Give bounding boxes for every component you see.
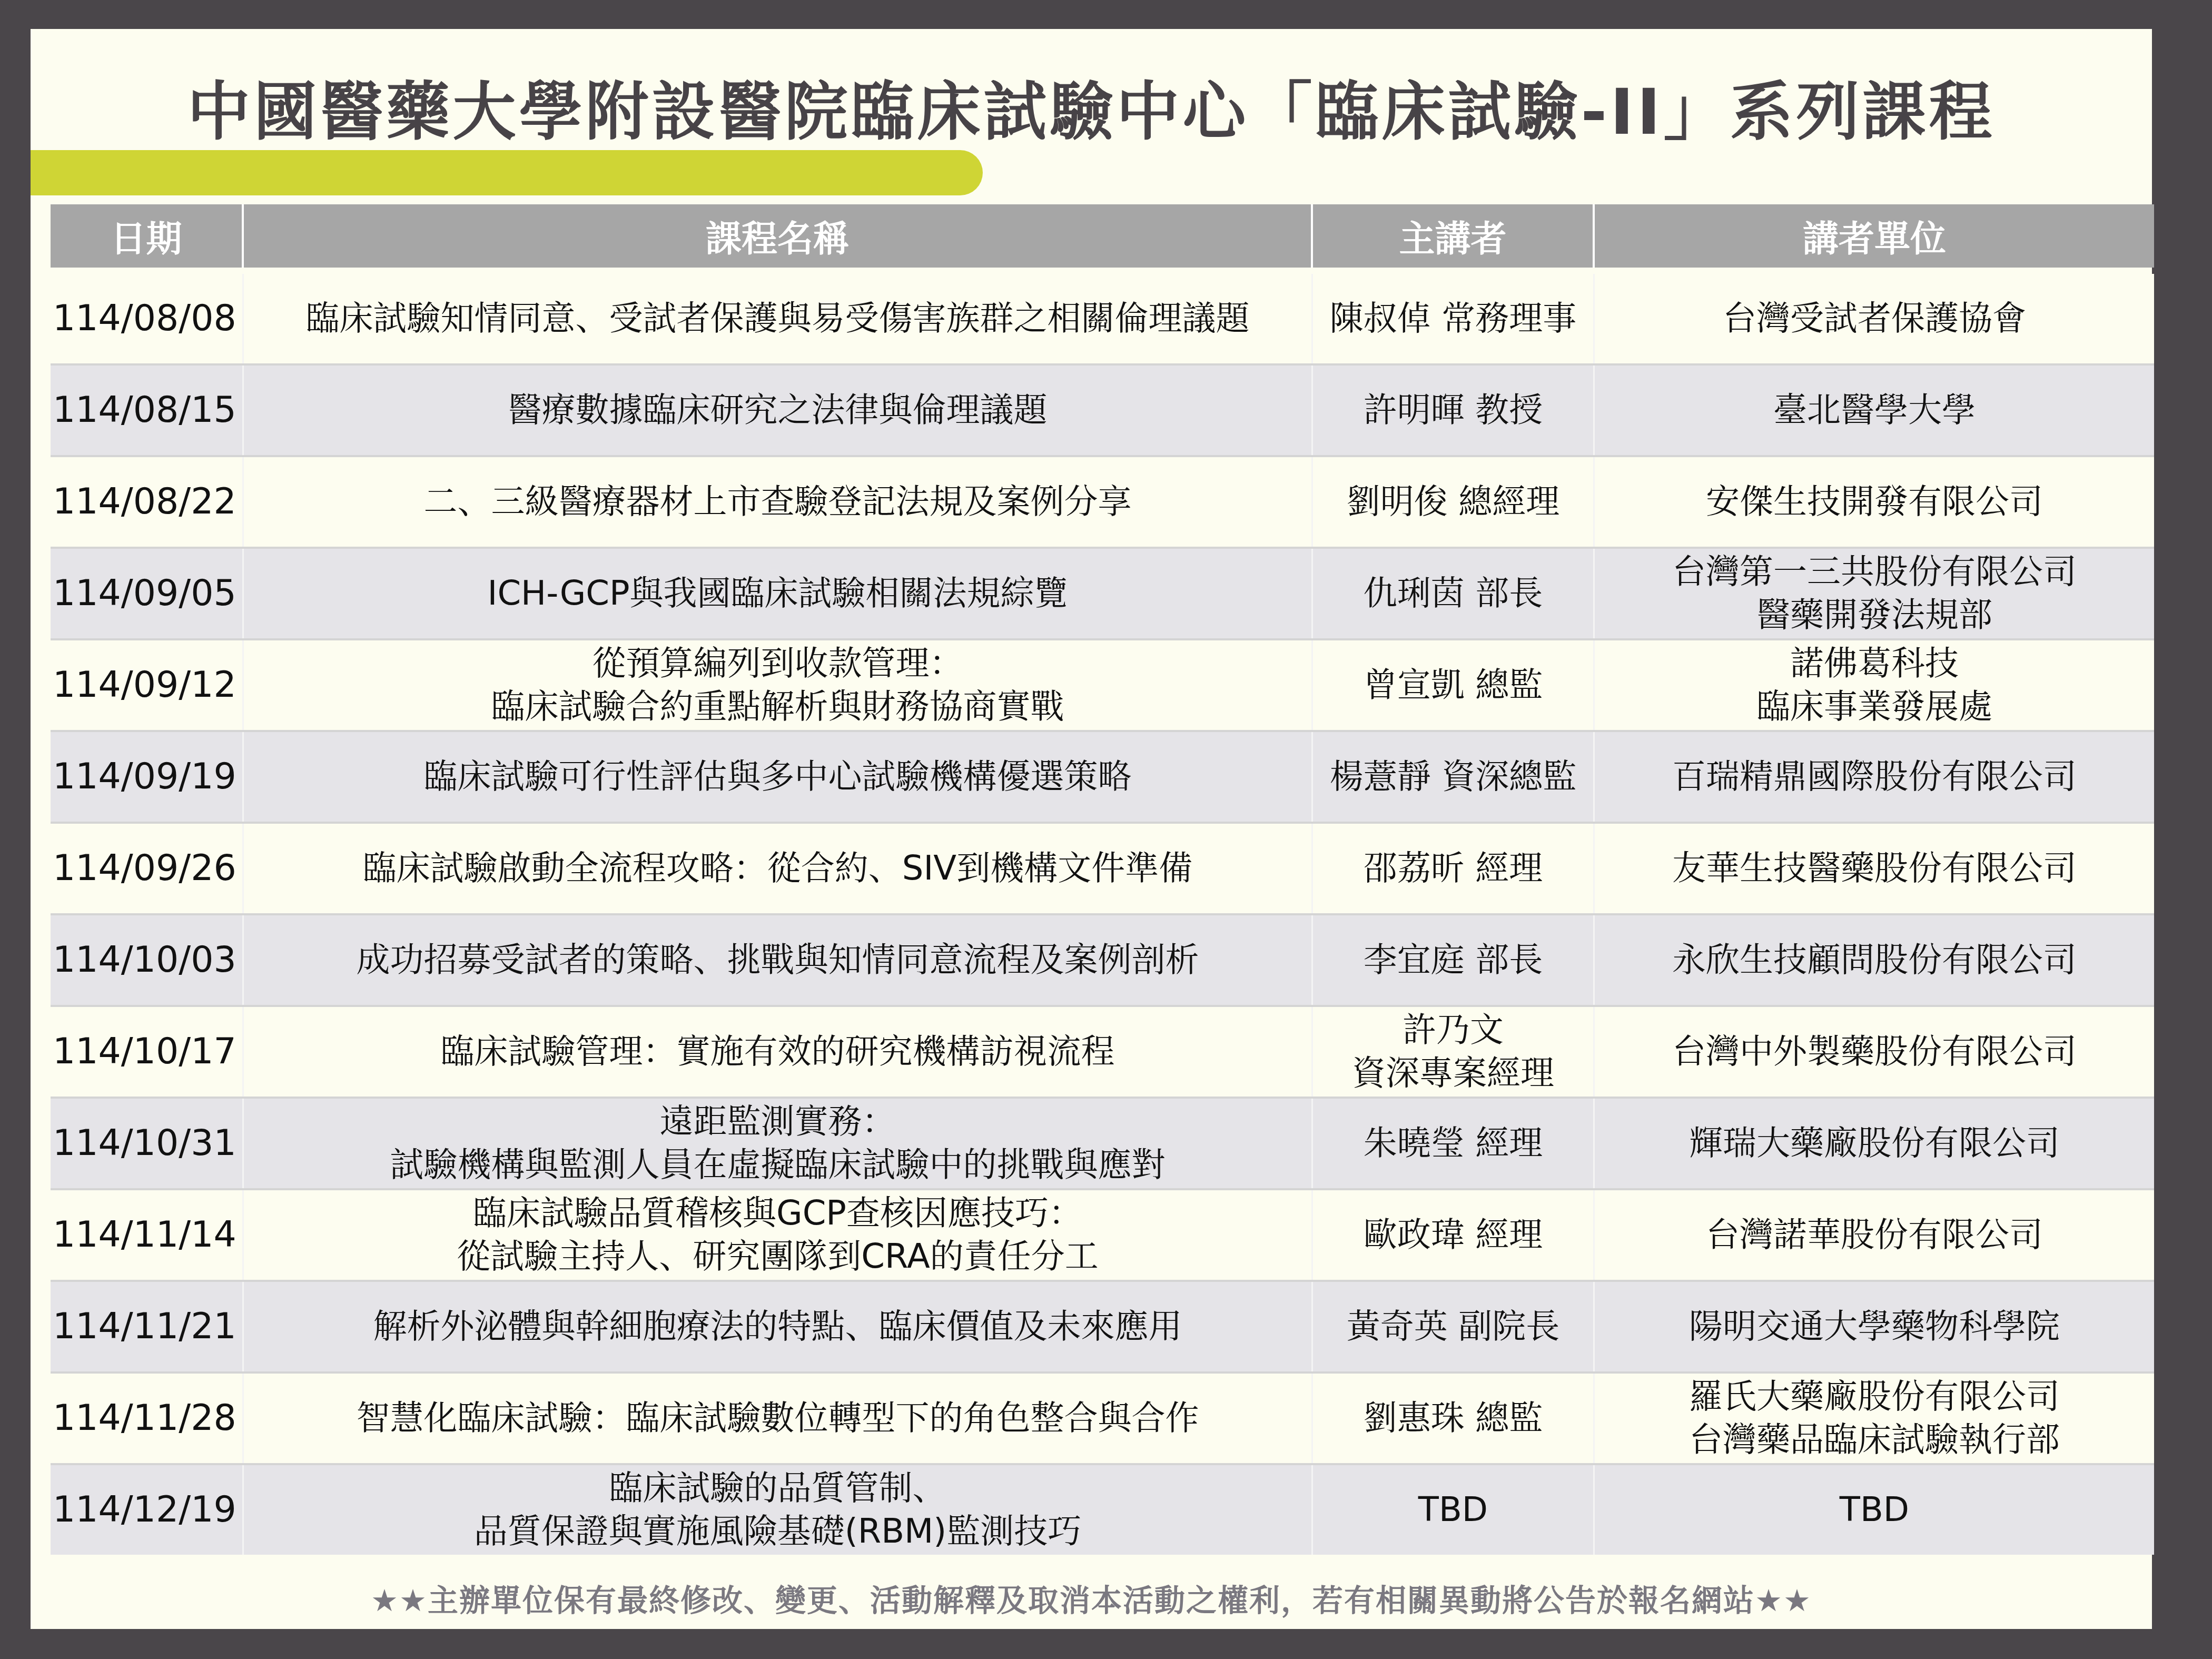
- cell-speaker-line: 許明暉 教授: [1364, 389, 1543, 432]
- cell-speaker: 歐政瑋 經理: [1313, 1190, 1595, 1280]
- cell-unit: 輝瑞大藥廠股份有限公司: [1595, 1099, 2154, 1188]
- cell-unit: 諾佛葛科技臨床事業發展處: [1595, 640, 2154, 730]
- table-row: 114/11/28智慧化臨床試驗：臨床試驗數位轉型下的角色整合與合作劉惠珠 總監…: [51, 1371, 2154, 1463]
- cell-course-line: 遠距監測實務：: [660, 1100, 896, 1143]
- table-row: 114/12/19臨床試驗的品質管制、品質保證與實施風險基礎(RBM)監測技巧T…: [51, 1463, 2154, 1555]
- cell-speaker: 劉明俊 總經理: [1313, 457, 1595, 547]
- table-row: 114/11/14臨床試驗品質稽核與GCP查核因應技巧：從試驗主持人、研究團隊到…: [51, 1188, 2154, 1280]
- cell-speaker-line: TBD: [1418, 1488, 1488, 1532]
- cell-course: 解析外泌體與幹細胞療法的特點、臨床價值及未來應用: [244, 1282, 1313, 1371]
- cell-unit-line: 台灣受試者保護協會: [1723, 297, 2026, 340]
- cell-unit-line: 羅氏大藥廠股份有限公司: [1689, 1375, 2060, 1418]
- cell-course-line: 臨床試驗知情同意、受試者保護與易受傷害族群之相關倫理議題: [306, 297, 1250, 340]
- table-body: 114/08/08臨床試驗知情同意、受試者保護與易受傷害族群之相關倫理議題陳叔倬…: [51, 274, 2154, 1555]
- cell-unit: 台灣中外製藥股份有限公司: [1595, 1007, 2154, 1097]
- cell-course: 醫療數據臨床研究之法律與倫理議題: [244, 366, 1313, 455]
- table-row: 114/08/22二、三級醫療器材上市查驗登記法規及案例分享劉明俊 總經理安傑生…: [51, 455, 2154, 547]
- cell-unit-line: 台灣藥品臨床試驗執行部: [1689, 1418, 2060, 1461]
- cell-unit: 永欣生技顧問股份有限公司: [1595, 915, 2154, 1005]
- cell-unit-line: 安傑生技開發有限公司: [1706, 480, 2043, 524]
- cell-date: 114/08/08: [51, 274, 244, 363]
- course-schedule-table: 日期 課程名稱 主講者 講者單位 114/08/08臨床試驗知情同意、受試者保護…: [51, 204, 2154, 1555]
- header-course: 課程名稱: [244, 204, 1313, 268]
- cell-course-line: 解析外泌體與幹細胞療法的特點、臨床價值及未來應用: [373, 1305, 1182, 1348]
- cell-speaker-line: 歐政瑋 經理: [1364, 1213, 1543, 1257]
- cell-unit-line: 陽明交通大學藥物科學院: [1689, 1305, 2060, 1348]
- cell-unit-line: 台灣諾華股份有限公司: [1706, 1213, 2043, 1257]
- cell-speaker: 李宜庭 部長: [1313, 915, 1595, 1005]
- cell-course-line: 智慧化臨床試驗：臨床試驗數位轉型下的角色整合與合作: [357, 1397, 1199, 1440]
- cell-course-line: 二、三級醫療器材上市查驗登記法規及案例分享: [424, 480, 1132, 524]
- cell-unit-line: 台灣第一三共股份有限公司: [1672, 550, 2077, 594]
- cell-date: 114/12/19: [51, 1465, 244, 1555]
- cell-unit: 安傑生技開發有限公司: [1595, 457, 2154, 547]
- cell-speaker: 黃奇英 副院長: [1313, 1282, 1595, 1371]
- cell-speaker: 仇琍茵 部長: [1313, 549, 1595, 638]
- cell-unit: 台灣諾華股份有限公司: [1595, 1190, 2154, 1280]
- cell-unit: TBD: [1595, 1465, 2154, 1555]
- cell-course-line: 從試驗主持人、研究團隊到CRA的責任分工: [457, 1235, 1098, 1278]
- poster-panel: 中國醫藥大學附設醫院臨床試驗中心「臨床試驗-II」系列課程 日期 課程名稱 主講…: [31, 29, 2152, 1629]
- cell-course: 智慧化臨床試驗：臨床試驗數位轉型下的角色整合與合作: [244, 1374, 1313, 1463]
- cell-speaker: 邵荔昕 經理: [1313, 824, 1595, 913]
- cell-speaker-line: 曾宣凱 總監: [1364, 664, 1543, 707]
- cell-unit-line: 臨床事業發展處: [1756, 685, 1992, 728]
- cell-speaker-line: 黃奇英 副院長: [1347, 1305, 1559, 1348]
- cell-course-line: 臨床試驗的品質管制、: [609, 1467, 946, 1510]
- cell-speaker: TBD: [1313, 1465, 1595, 1555]
- cell-speaker: 陳叔倬 常務理事: [1313, 274, 1595, 363]
- cell-course-line: 臨床試驗啟動全流程攻略：從合約、SIV到機構文件準備: [363, 847, 1192, 890]
- cell-unit-line: 輝瑞大藥廠股份有限公司: [1689, 1122, 2060, 1165]
- cell-course-line: 臨床試驗管理：實施有效的研究機構訪視流程: [441, 1030, 1115, 1073]
- cell-course: 遠距監測實務：試驗機構與監測人員在虛擬臨床試驗中的挑戰與應對: [244, 1099, 1313, 1188]
- cell-date: 114/08/22: [51, 457, 244, 547]
- table-row: 114/10/03成功招募受試者的策略、挑戰與知情同意流程及案例剖析李宜庭 部長…: [51, 913, 2154, 1005]
- cell-unit-line: 台灣中外製藥股份有限公司: [1672, 1030, 2077, 1073]
- cell-speaker-line: 資深專案經理: [1352, 1052, 1554, 1095]
- cell-unit-line: TBD: [1840, 1488, 1909, 1532]
- cell-speaker-line: 楊薏靜 資深總監: [1330, 755, 1576, 798]
- cell-course: ICH-GCP與我國臨床試驗相關法規綜覽: [244, 549, 1313, 638]
- table-header: 日期 課程名稱 主講者 講者單位: [51, 204, 2154, 268]
- cell-course: 成功招募受試者的策略、挑戰與知情同意流程及案例剖析: [244, 915, 1313, 1005]
- footer-notice: ★★主辦單位保有最終修改、變更、活動解釋及取消本活動之權利，若有相關異動將公告於…: [31, 1576, 2152, 1620]
- cell-unit-line: 百瑞精鼎國際股份有限公司: [1672, 755, 2077, 798]
- table-row: 114/10/31遠距監測實務：試驗機構與監測人員在虛擬臨床試驗中的挑戰與應對朱…: [51, 1097, 2154, 1188]
- cell-course-line: 臨床試驗可行性評估與多中心試驗機構優選策略: [424, 755, 1132, 798]
- header-date: 日期: [51, 204, 244, 268]
- cell-speaker-line: 李宜庭 部長: [1364, 939, 1543, 982]
- cell-date: 114/09/12: [51, 640, 244, 730]
- cell-date: 114/09/26: [51, 824, 244, 913]
- cell-date: 114/11/14: [51, 1190, 244, 1280]
- cell-course-line: 臨床試驗品質稽核與GCP查核因應技巧：: [473, 1192, 1082, 1235]
- cell-course: 二、三級醫療器材上市查驗登記法規及案例分享: [244, 457, 1313, 547]
- cell-course-line: 試驗機構與監測人員在虛擬臨床試驗中的挑戰與應對: [390, 1143, 1166, 1187]
- cell-unit-line: 諾佛葛科技: [1790, 642, 1959, 685]
- cell-course: 從預算編列到收款管理：臨床試驗合約重點解析與財務協商實戰: [244, 640, 1313, 730]
- cell-date: 114/09/05: [51, 549, 244, 638]
- cell-speaker-line: 劉惠珠 總監: [1364, 1397, 1543, 1440]
- table-row: 114/11/21解析外泌體與幹細胞療法的特點、臨床價值及未來應用黃奇英 副院長…: [51, 1280, 2154, 1371]
- cell-course: 臨床試驗管理：實施有效的研究機構訪視流程: [244, 1007, 1313, 1097]
- cell-unit: 羅氏大藥廠股份有限公司台灣藥品臨床試驗執行部: [1595, 1374, 2154, 1463]
- cell-course: 臨床試驗的品質管制、品質保證與實施風險基礎(RBM)監測技巧: [244, 1465, 1313, 1555]
- page-title: 中國醫藥大學附設醫院臨床試驗中心「臨床試驗-II」系列課程: [31, 62, 2152, 152]
- cell-date: 114/09/19: [51, 732, 244, 822]
- cell-unit: 台灣第一三共股份有限公司醫藥開發法規部: [1595, 549, 2154, 638]
- cell-date: 114/08/15: [51, 366, 244, 455]
- cell-speaker: 許乃文資深專案經理: [1313, 1007, 1595, 1097]
- cell-unit: 友華生技醫藥股份有限公司: [1595, 824, 2154, 913]
- cell-course: 臨床試驗啟動全流程攻略：從合約、SIV到機構文件準備: [244, 824, 1313, 913]
- cell-unit: 臺北醫學大學: [1595, 366, 2154, 455]
- cell-date: 114/10/03: [51, 915, 244, 1005]
- table-row: 114/09/12從預算編列到收款管理：臨床試驗合約重點解析與財務協商實戰曾宣凱…: [51, 638, 2154, 730]
- cell-speaker-line: 許乃文: [1403, 1009, 1504, 1052]
- cell-course-line: 臨床試驗合約重點解析與財務協商實戰: [491, 685, 1064, 728]
- cell-unit: 陽明交通大學藥物科學院: [1595, 1282, 2154, 1371]
- cell-speaker-line: 邵荔昕 經理: [1364, 847, 1543, 890]
- cell-course-line: 醫療數據臨床研究之法律與倫理議題: [508, 389, 1048, 432]
- cell-date: 114/10/31: [51, 1099, 244, 1188]
- cell-speaker: 劉惠珠 總監: [1313, 1374, 1595, 1463]
- cell-speaker-line: 朱曉瑩 經理: [1364, 1122, 1543, 1165]
- cell-speaker: 許明暉 教授: [1313, 366, 1595, 455]
- cell-speaker-line: 劉明俊 總經理: [1347, 480, 1559, 524]
- table-row: 114/09/19臨床試驗可行性評估與多中心試驗機構優選策略楊薏靜 資深總監百瑞…: [51, 730, 2154, 822]
- cell-unit: 百瑞精鼎國際股份有限公司: [1595, 732, 2154, 822]
- cell-course-line: 成功招募受試者的策略、挑戰與知情同意流程及案例剖析: [357, 939, 1199, 982]
- cell-unit-line: 永欣生技顧問股份有限公司: [1672, 939, 2077, 982]
- cell-speaker: 曾宣凱 總監: [1313, 640, 1595, 730]
- cell-speaker-line: 仇琍茵 部長: [1364, 572, 1543, 615]
- cell-course-line: ICH-GCP與我國臨床試驗相關法規綜覽: [488, 572, 1068, 615]
- table-row: 114/09/05ICH-GCP與我國臨床試驗相關法規綜覽仇琍茵 部長台灣第一三…: [51, 547, 2154, 638]
- cell-speaker: 朱曉瑩 經理: [1313, 1099, 1595, 1188]
- cell-date: 114/11/21: [51, 1282, 244, 1371]
- table-row: 114/09/26臨床試驗啟動全流程攻略：從合約、SIV到機構文件準備邵荔昕 經…: [51, 822, 2154, 913]
- cell-date: 114/11/28: [51, 1374, 244, 1463]
- cell-course: 臨床試驗品質稽核與GCP查核因應技巧：從試驗主持人、研究團隊到CRA的責任分工: [244, 1190, 1313, 1280]
- cell-course: 臨床試驗知情同意、受試者保護與易受傷害族群之相關倫理議題: [244, 274, 1313, 363]
- cell-speaker: 楊薏靜 資深總監: [1313, 732, 1595, 822]
- table-row: 114/08/08臨床試驗知情同意、受試者保護與易受傷害族群之相關倫理議題陳叔倬…: [51, 274, 2154, 363]
- cell-course: 臨床試驗可行性評估與多中心試驗機構優選策略: [244, 732, 1313, 822]
- cell-speaker-line: 陳叔倬 常務理事: [1330, 297, 1576, 340]
- table-row: 114/08/15醫療數據臨床研究之法律與倫理議題許明暉 教授臺北醫學大學: [51, 363, 2154, 455]
- cell-course-line: 從預算編列到收款管理：: [592, 642, 963, 685]
- cell-unit-line: 醫藥開發法規部: [1756, 594, 1992, 637]
- cell-date: 114/10/17: [51, 1007, 244, 1097]
- cell-unit-line: 臺北醫學大學: [1773, 389, 1976, 432]
- cell-unit-line: 友華生技醫藥股份有限公司: [1672, 847, 2077, 890]
- table-row: 114/10/17臨床試驗管理：實施有效的研究機構訪視流程許乃文資深專案經理台灣…: [51, 1005, 2154, 1097]
- header-unit: 講者單位: [1595, 204, 2154, 268]
- accent-bar: [31, 150, 983, 195]
- cell-course-line: 品質保證與實施風險基礎(RBM)監測技巧: [474, 1510, 1082, 1553]
- header-speaker: 主講者: [1313, 204, 1595, 268]
- cell-unit: 台灣受試者保護協會: [1595, 274, 2154, 363]
